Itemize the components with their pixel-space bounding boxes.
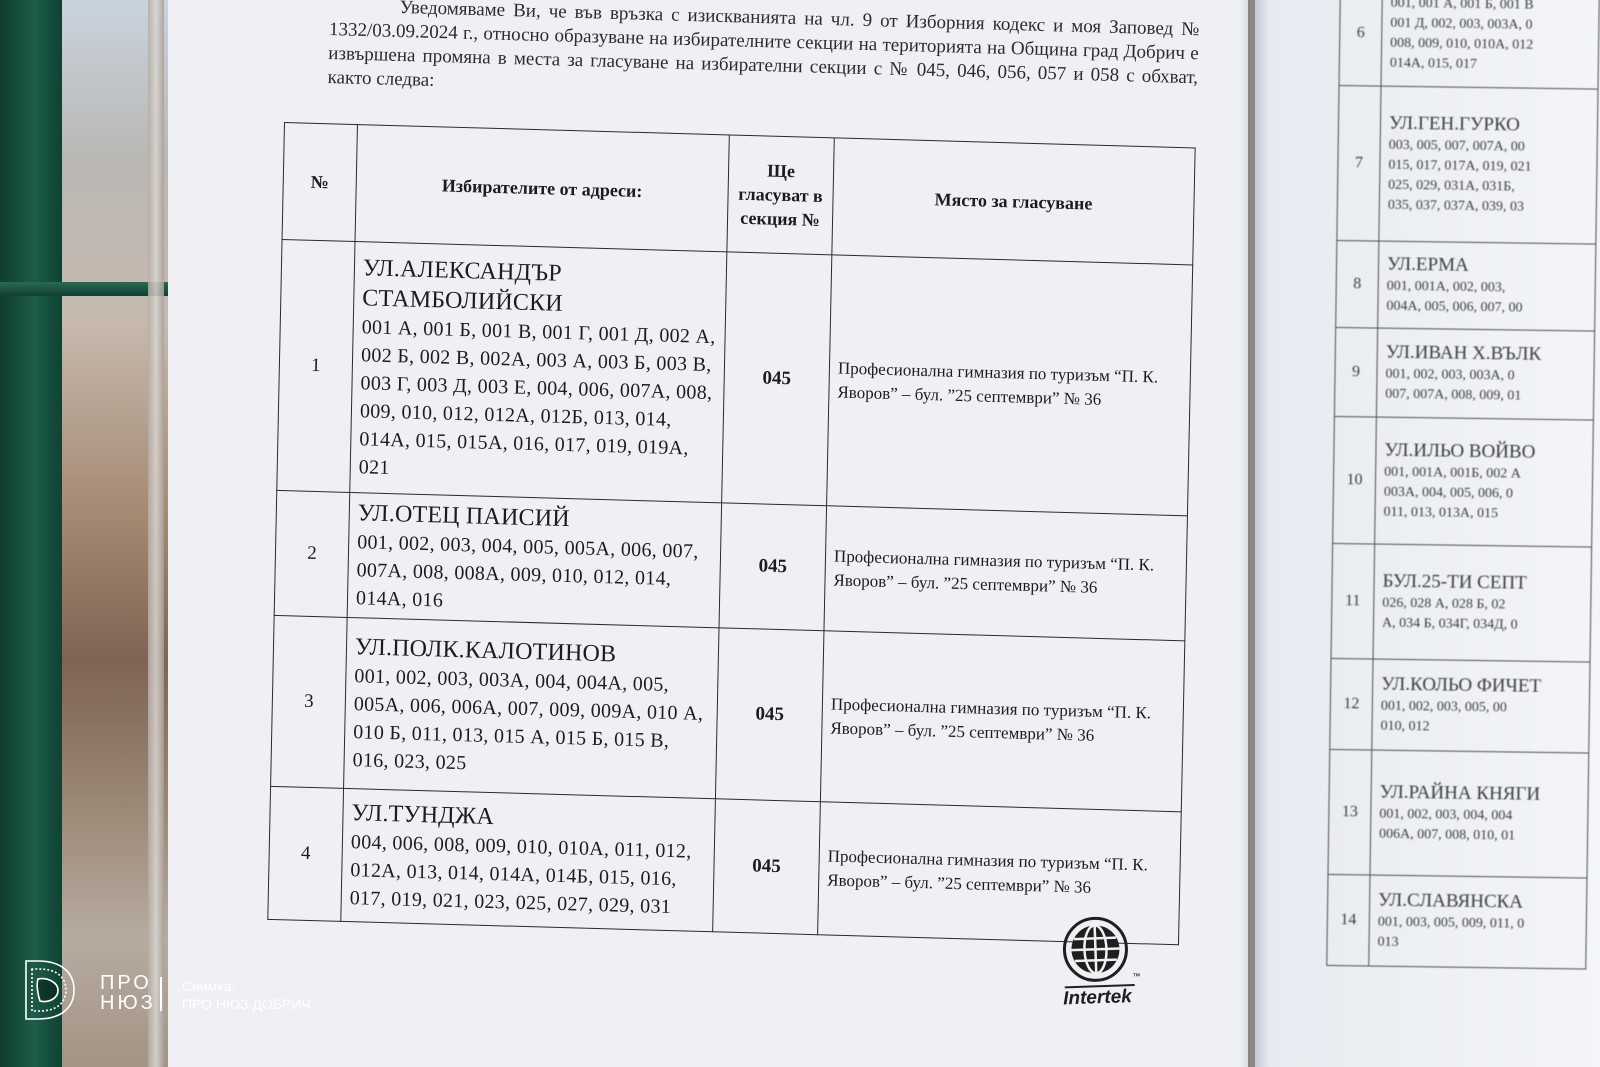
- photo-credit: Снимка: ПРО НЮЗ ДОБРИЧ: [182, 977, 311, 1013]
- street-name: УЛ.ИЛЬО ВОЙВО: [1384, 439, 1584, 466]
- row-no: 11: [1331, 543, 1375, 659]
- intertek-logo: ™ Intertek: [1058, 913, 1151, 1016]
- second-page-table: 6001, 001 А, 001 Б, 001 В001 Д, 002, 003…: [1326, 0, 1600, 970]
- street-numbers: 003, 005, 007, 007А, 00: [1389, 136, 1589, 159]
- table-row: 11БУЛ.25-ТИ СЕПТ026, 028 А, 028 Б, 02А, …: [1331, 543, 1592, 662]
- street-numbers: 015, 017, 017А, 019, 021: [1388, 156, 1588, 179]
- table-row: 10УЛ.ИЛЬО ВОЙВО001, 001А, 001Б, 002 А003…: [1333, 416, 1594, 547]
- street-name: УЛ.ГЕН.ГУРКО: [1389, 112, 1589, 139]
- fence-post: [0, 0, 62, 1067]
- street-name: УЛ.ИВАН Х.ВЪЛК: [1386, 341, 1586, 368]
- street-numbers: 011, 013, 013А, 015: [1383, 503, 1583, 526]
- header-section: Ще гласуват в секция №: [727, 135, 834, 255]
- row-place: Професионална гимназия по туризъм “П. К.…: [824, 506, 1187, 641]
- row-addresses: УЛ.РАЙНА КНЯГИ001, 002, 003, 004, 004006…: [1370, 750, 1589, 878]
- table-row: 3 УЛ.ПОЛК.КАЛОТИНОВ 001, 002, 003, 003А,…: [271, 615, 1185, 811]
- sleeve-fold-shadow: [1240, 0, 1270, 1067]
- row-no: 2: [274, 490, 350, 617]
- row-addresses: УЛ.ТУНДЖА 004, 006, 008, 009, 010, 010А,…: [341, 788, 716, 931]
- table-row: 8УЛ.ЕРМА001, 001А, 002, 003,004А, 005, 0…: [1336, 240, 1596, 331]
- street-numbers: 001 А, 001 Б, 001 В, 001 Г, 001 Д, 002 А…: [358, 313, 716, 491]
- brand-top: ПРО: [100, 973, 156, 993]
- brand-bottom: НЮЗ: [100, 993, 156, 1013]
- row-section: 045: [715, 628, 824, 802]
- street-numbers: 035, 037, 037А, 039, 03: [1388, 196, 1588, 219]
- street-numbers: 001, 002, 003, 003А, 004, 004А, 005, 005…: [352, 662, 709, 784]
- street-numbers: 006А, 007, 008, 010, 01: [1379, 825, 1579, 848]
- street-name: БУЛ.25-ТИ СЕПТ: [1382, 570, 1582, 597]
- row-no: 6: [1339, 0, 1382, 86]
- table-row: 13УЛ.РАЙНА КНЯГИ001, 002, 003, 004, 0040…: [1328, 749, 1589, 878]
- street-numbers: 007, 007А, 008, 009, 01: [1385, 385, 1585, 408]
- header-addresses: Избирателите от адреси:: [355, 125, 729, 252]
- watermark-divider: [160, 977, 162, 1011]
- street-name: УЛ.РАЙНА КНЯГИ: [1379, 781, 1579, 808]
- row-place: Професионална гимназия по туризъм “П. К.…: [827, 255, 1193, 516]
- row-no: 3: [271, 615, 348, 788]
- row-no: 8: [1336, 240, 1379, 328]
- street-name: УЛ.ЕРМА: [1387, 253, 1587, 280]
- street-numbers: 004, 006, 008, 009, 010, 010А, 011, 012,…: [349, 828, 706, 922]
- street-name: УЛ.АЛЕКСАНДЪР СТАМБОЛИЙСКИ: [362, 253, 718, 323]
- street-numbers: 004А, 005, 006, 007, 00: [1386, 297, 1586, 320]
- second-page-table-grid: 6001, 001 А, 001 Б, 001 В001 Д, 002, 003…: [1326, 0, 1600, 970]
- trademark-mark: ™: [1132, 972, 1140, 981]
- street-numbers: 001, 002, 003, 005, 00: [1381, 697, 1581, 720]
- table-row: 1 УЛ.АЛЕКСАНДЪР СТАМБОЛИЙСКИ 001 А, 001 …: [277, 239, 1193, 515]
- row-addresses: УЛ.ГЕН.ГУРКО003, 005, 007, 007А, 00015, …: [1379, 86, 1598, 244]
- header-no: №: [282, 123, 357, 242]
- row-addresses: УЛ.ОТЕЦ ПАИСИЙ 001, 002, 003, 004, 005, …: [347, 492, 721, 627]
- street-name: УЛ.СЛАВЯНСКА: [1378, 889, 1578, 916]
- row-addresses: УЛ.ПОЛК.КАЛОТИНОВ 001, 002, 003, 003А, 0…: [344, 617, 719, 798]
- globe-icon: [1058, 914, 1132, 988]
- row-addresses: УЛ.ЕРМА001, 001А, 002, 003,004А, 005, 00…: [1378, 241, 1596, 331]
- row-addresses: 001, 001 А, 001 Б, 001 В001 Д, 002, 003,…: [1381, 0, 1599, 89]
- table-row: 12УЛ.КОЛЬО ФИЧЕТ001, 002, 003, 005, 0001…: [1330, 658, 1590, 753]
- table-row: 9УЛ.ИВАН Х.ВЪЛК001, 002, 003, 003А, 0007…: [1334, 327, 1594, 420]
- row-no: 9: [1334, 327, 1377, 417]
- pro-news-logo-icon: [18, 955, 78, 1025]
- row-no: 4: [268, 786, 344, 921]
- header-place: Място за гласуване: [832, 138, 1195, 265]
- table-row: 7УЛ.ГЕН.ГУРКО003, 005, 007, 007А, 00015,…: [1337, 85, 1598, 244]
- row-addresses: УЛ.КОЛЬО ФИЧЕТ001, 002, 003, 005, 00010,…: [1372, 659, 1590, 753]
- street-name: УЛ.КОЛЬО ФИЧЕТ: [1381, 673, 1581, 700]
- street-numbers: 008, 009, 010, 010А, 012: [1390, 34, 1590, 57]
- row-section: 045: [719, 503, 827, 631]
- row-no: 7: [1337, 85, 1381, 241]
- table-row: 14УЛ.СЛАВЯНСКА001, 003, 005, 009, 011, 0…: [1327, 874, 1587, 969]
- street-numbers: 025, 029, 031А, 031Б,: [1388, 176, 1588, 199]
- row-no: 14: [1327, 874, 1370, 966]
- row-no: 12: [1330, 658, 1373, 750]
- street-numbers: 001, 002, 003, 004, 004: [1379, 805, 1579, 828]
- row-place: Професионална гимназия по туризъм “П. К.…: [820, 631, 1184, 812]
- row-addresses: УЛ.АЛЕКСАНДЪР СТАМБОЛИЙСКИ 001 А, 001 Б,…: [350, 242, 727, 503]
- street-numbers: 001, 002, 003, 004, 005, 005А, 006, 007,…: [356, 528, 713, 622]
- brand-name: ПРО НЮЗ: [100, 973, 156, 1013]
- street-numbers: 003А, 004, 005, 006, 0: [1384, 483, 1584, 506]
- table-row: 4 УЛ.ТУНДЖА 004, 006, 008, 009, 010, 010…: [268, 786, 1181, 944]
- fence-wire: [0, 282, 168, 296]
- credit-label: Снимка:: [182, 977, 311, 995]
- row-section: 045: [713, 799, 821, 935]
- intertek-wordmark: Intertek: [1063, 986, 1132, 1010]
- row-addresses: УЛ.ИВАН Х.ВЪЛК001, 002, 003, 003А, 0007,…: [1376, 328, 1594, 420]
- table-row: 6001, 001 А, 001 Б, 001 В001 Д, 002, 003…: [1339, 0, 1599, 89]
- credit-name: ПРО НЮЗ ДОБРИЧ: [182, 995, 311, 1013]
- row-no: 1: [277, 239, 355, 492]
- street-numbers: 014А, 015, 017: [1390, 54, 1590, 77]
- street-numbers: 001, 003, 005, 009, 011, 0: [1378, 913, 1578, 936]
- row-addresses: БУЛ.25-ТИ СЕПТ026, 028 А, 028 Б, 02А, 03…: [1373, 544, 1592, 662]
- street-numbers: 001 Д, 002, 003, 003А, 0: [1390, 14, 1590, 37]
- row-section: 045: [722, 252, 832, 506]
- street-numbers: 010, 012: [1380, 717, 1580, 740]
- polling-table: № Избирателите от адреси: Ще гласуват в …: [267, 122, 1195, 945]
- street-numbers: 026, 028 А, 028 Б, 02: [1382, 594, 1582, 617]
- row-no: 10: [1333, 416, 1377, 544]
- row-addresses: УЛ.СЛАВЯНСКА001, 003, 005, 009, 011, 001…: [1369, 875, 1587, 969]
- street-numbers: 013: [1377, 933, 1577, 956]
- street-numbers: 001, 001А, 001Б, 002 А: [1384, 463, 1584, 486]
- sleeve-edge: [148, 0, 164, 1067]
- street-numbers: 001, 002, 003, 003А, 0: [1385, 365, 1585, 388]
- street-numbers: 001, 001А, 002, 003,: [1387, 277, 1587, 300]
- street-numbers: А, 034 Б, 034Г, 034Д, 0: [1382, 614, 1582, 637]
- row-no: 13: [1328, 749, 1372, 875]
- row-addresses: УЛ.ИЛЬО ВОЙВО001, 001А, 001Б, 002 А003А,…: [1375, 417, 1594, 547]
